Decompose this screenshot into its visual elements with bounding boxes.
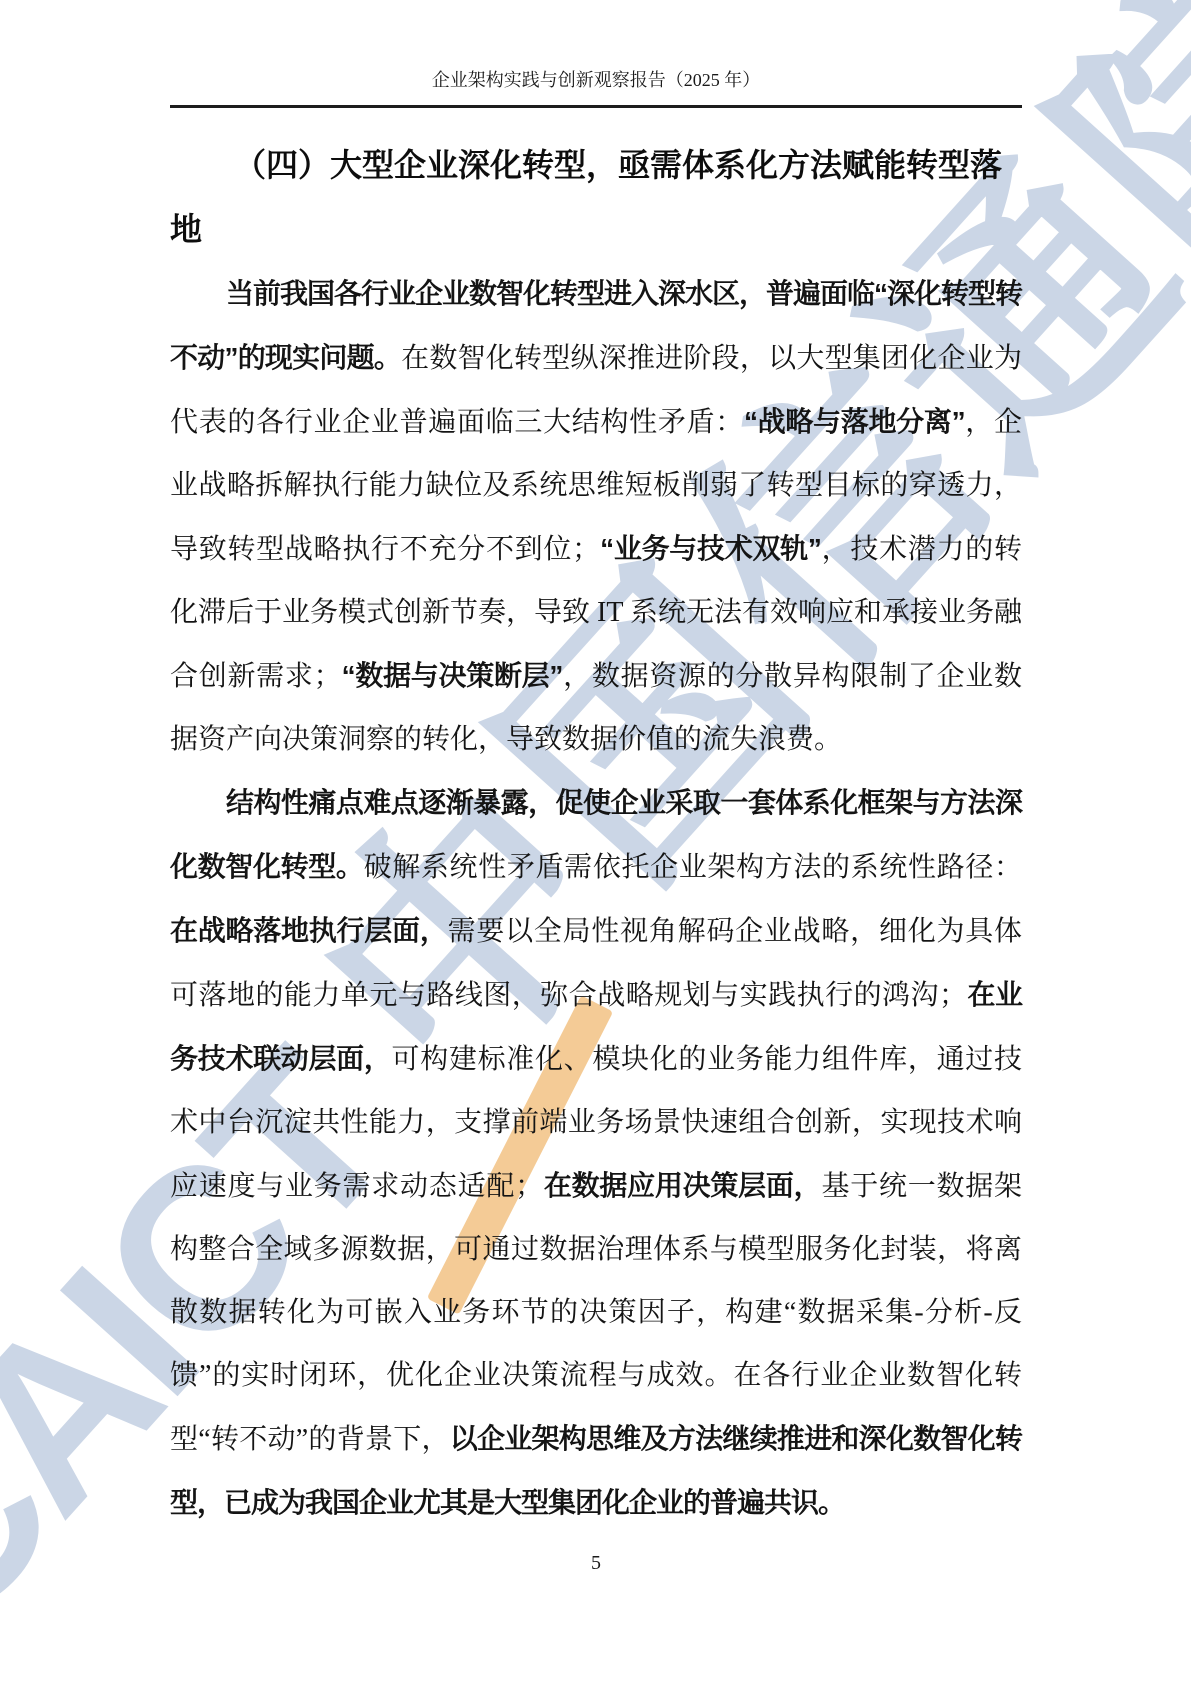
text-run: “数据与决策断层” [342, 660, 563, 691]
text-run: 破解系统性矛盾需依托企业架构方法的系统性路径： [364, 852, 1022, 883]
text-run: 在战略落地执行层面， [170, 915, 448, 946]
page-header-title: 企业架构实践与创新观察报告（2025 年） [170, 66, 1022, 108]
page-number: 5 [170, 1552, 1022, 1575]
text-run: “业务与技术双轨” [600, 533, 821, 564]
body-paragraph: 当前我国各行业企业数智化转型进入深水区，普遍面临“深化转型转不动”的现实问题。在… [170, 262, 1022, 771]
text-run: 基于统一数据架构整合全域多源数据，可通过数据治理体系与模型服务化封装，将离散数据… [170, 1171, 1022, 1455]
text-run: 在数据应用决策层面， [543, 1170, 821, 1201]
body-paragraph: 结构性痛点难点逐渐暴露，促使企业采取一套体系化框架与方法深化数智化转型。破解系统… [170, 771, 1022, 1535]
body-text: 当前我国各行业企业数智化转型进入深水区，普遍面临“深化转型转不动”的现实问题。在… [170, 262, 1022, 1535]
section-heading: （四）大型企业深化转型，亟需体系化方法赋能转型落地 [170, 133, 1022, 261]
text-run: “战略与落地分离” [744, 406, 965, 437]
